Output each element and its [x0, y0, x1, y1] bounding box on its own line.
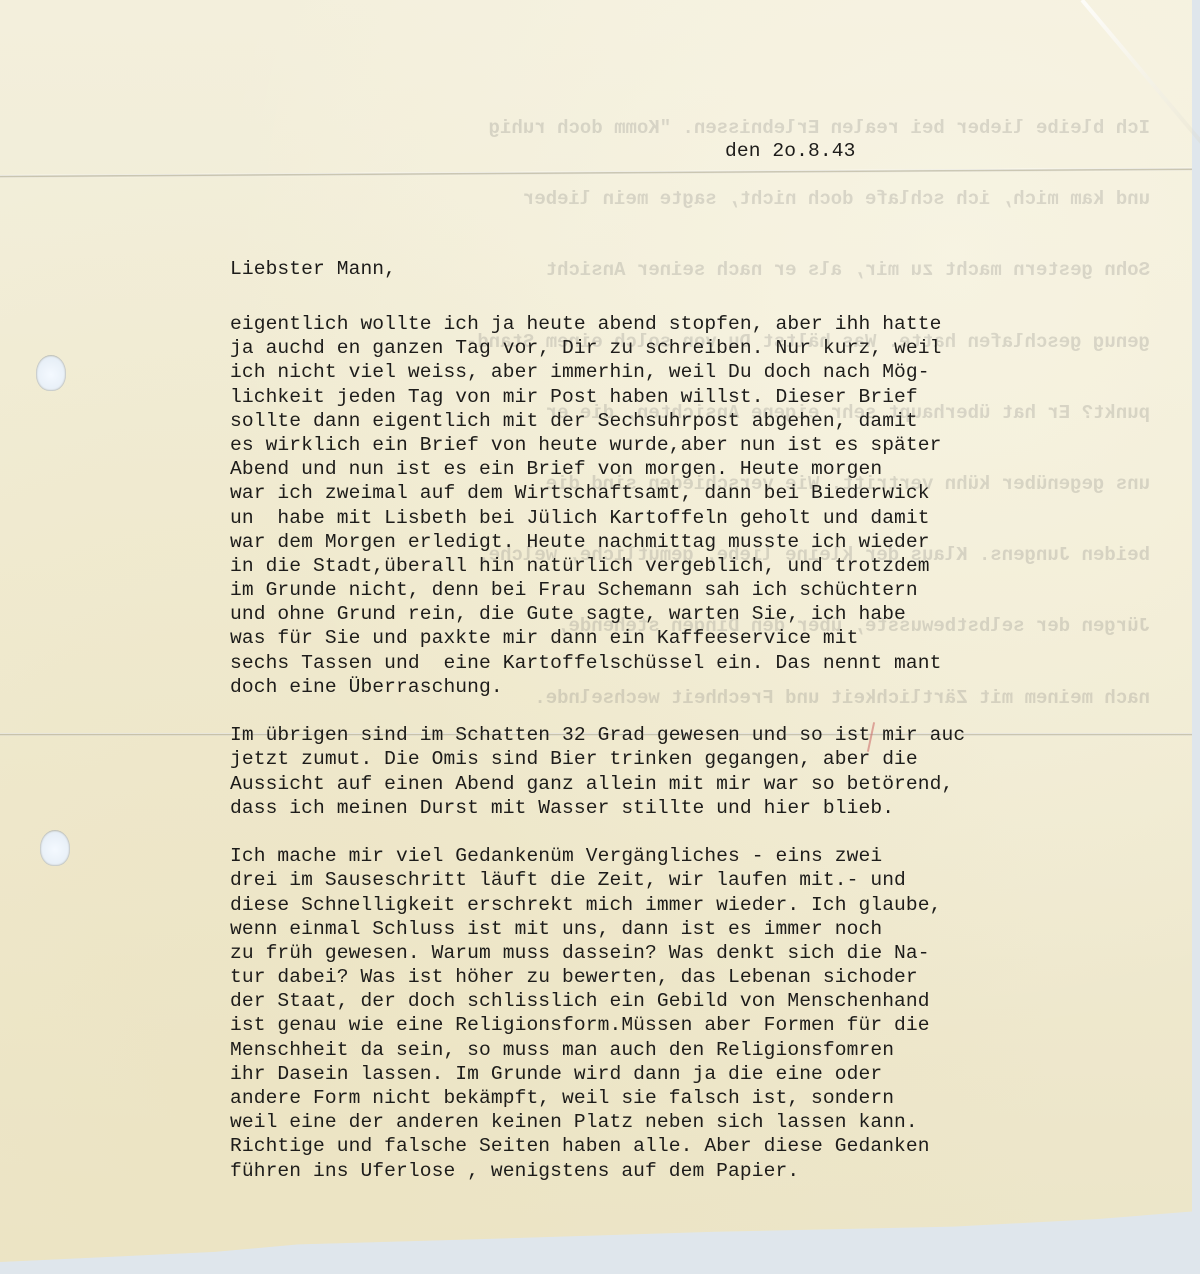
text-line: und ohne Grund rein, die Gute sagte, war… [230, 602, 1170, 626]
text-line: dass ich meinen Durst mit Wasser stillte… [230, 796, 1170, 820]
text-line: sollte dann eigentlich mit der Sechsuhrp… [230, 409, 1170, 433]
bleed-line: Ich bleibe lieber bei realen Erlebnissen… [80, 117, 1150, 141]
text-line: ja auchd en ganzen Tag vor, Dir zu schre… [230, 336, 1170, 360]
text-line: Menschheit da sein, so muss man auch den… [230, 1038, 1170, 1062]
text-line: es wirklich ein Brief von heute wurde,ab… [230, 433, 1170, 457]
paragraph-1: eigentlich wollte ich ja heute abend sto… [230, 312, 1170, 699]
text-line: eigentlich wollte ich ja heute abend sto… [230, 312, 1170, 336]
text-line: im Grunde nicht, denn bei Frau Schemann … [230, 578, 1170, 602]
text-line: jetzt zumut. Die Omis sind Bier trinken … [230, 747, 1170, 771]
text-line: Abend und nun ist es ein Brief von morge… [230, 457, 1170, 481]
text-line: was für Sie und paxkte mir dann ein Kaff… [230, 626, 1170, 650]
text-line: ist genau wie eine Religionsform.Müssen … [230, 1013, 1170, 1037]
scanned-letter-page: Ich bleibe lieber bei realen Erlebnissen… [0, 0, 1200, 1274]
text-line: ich nicht viel weiss, aber immerhin, wei… [230, 360, 1170, 384]
bleed-line: und kam mich, ich schlafe doch nicht, sa… [80, 188, 1150, 212]
text-line: ihr Dasein lassen. Im Grunde wird dann j… [230, 1062, 1170, 1086]
text-line: weil eine der anderen keinen Platz neben… [230, 1110, 1170, 1134]
text-line: zu früh gewesen. Warum muss dassein? Was… [230, 941, 1170, 965]
text-line: wenn einmal Schluss ist mit uns, dann is… [230, 917, 1170, 941]
text-line: war ich zweimal auf dem Wirtschaftsamt, … [230, 481, 1170, 505]
letter-salutation: Liebster Mann, [230, 258, 396, 280]
letter-date: den 2o.8.43 [725, 140, 855, 162]
punch-hole-lower [40, 830, 70, 866]
text-line: sechs Tassen und eine Kartoffelschüssel … [230, 651, 1170, 675]
text-line: diese Schnelligkeit erschrekt mich immer… [230, 893, 1170, 917]
text-line: Aussicht auf einen Abend ganz allein mit… [230, 772, 1170, 796]
punch-hole-upper [36, 355, 66, 391]
text-line: der Staat, der doch schlisslich ein Gebi… [230, 989, 1170, 1013]
text-line: Im übrigen sind im Schatten 32 Grad gewe… [230, 723, 1170, 747]
text-line: Ich mache mir viel Gedankenüm Vergänglic… [230, 844, 1170, 868]
text-line: un habe mit Lisbeth bei Jülich Kartoffel… [230, 506, 1170, 530]
letter-body: eigentlich wollte ich ja heute abend sto… [230, 312, 1170, 1207]
paragraph-3: Ich mache mir viel Gedankenüm Vergänglic… [230, 844, 1170, 1183]
text-line: Richtige und falsche Seiten haben alle. … [230, 1134, 1170, 1158]
text-line: in die Stadt,überall hin natürlich verge… [230, 554, 1170, 578]
text-line: andere Form nicht bekämpft, weil sie fal… [230, 1086, 1170, 1110]
text-line: doch eine Überraschung. [230, 675, 1170, 699]
text-line: drei im Sauseschritt läuft die Zeit, wir… [230, 868, 1170, 892]
text-line: lichkeit jeden Tag von mir Post haben wi… [230, 385, 1170, 409]
text-line: führen ins Uferlose , wenigstens auf dem… [230, 1159, 1170, 1183]
paragraph-2: Im übrigen sind im Schatten 32 Grad gewe… [230, 723, 1170, 820]
text-line: tur dabei? Was ist höher zu bewerten, da… [230, 965, 1170, 989]
text-line: war dem Morgen erledigt. Heute nachmitta… [230, 530, 1170, 554]
